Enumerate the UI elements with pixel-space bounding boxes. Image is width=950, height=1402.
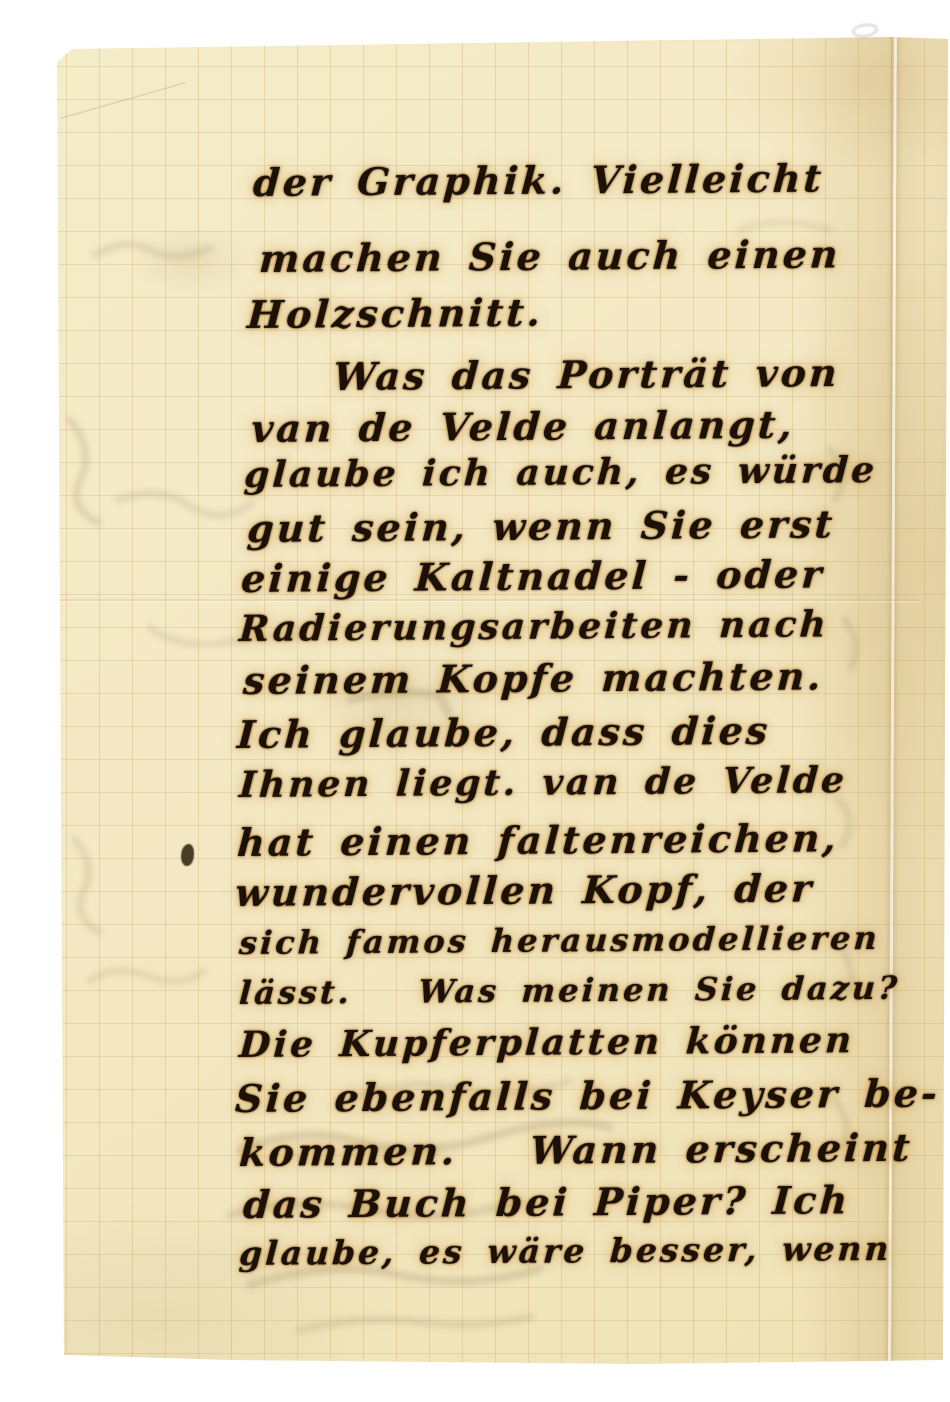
handwriting-line: Holzschnitt. [246, 290, 545, 337]
handwriting-line: der Graphik. Vielleicht [252, 155, 826, 205]
handwriting-line: wundervollen Kopf, der [234, 865, 816, 915]
handwriting-line-indented: Was das Porträt von [332, 350, 841, 399]
ink-blot [181, 844, 194, 866]
letter-scan: der Graphik. Vielleicht machen Sie auch … [0, 0, 950, 1402]
handwriting-line: kommen. Wann erscheint [238, 1125, 914, 1175]
handwriting-line: glaube ich auch, es würde [243, 449, 878, 496]
handwriting-line: sich famos herausmodellieren [238, 919, 881, 962]
handwriting-line: gut sein, wenn Sie erst [246, 501, 837, 551]
handwriting-line: einige Kaltnadel - oder [240, 551, 826, 601]
handwriting-line: hat einen faltenreichen, [236, 815, 840, 865]
paper-scratch [60, 82, 185, 119]
pencil-mark-above-paper [851, 22, 879, 38]
paper-sheet: der Graphik. Vielleicht machen Sie auch … [0, 0, 950, 1402]
handwriting-line: van de Velde anlangt, [250, 402, 796, 451]
handwriting-line: seinem Kopfe machten. [242, 653, 825, 703]
handwriting-line: Ihnen liegt. van de Velde [238, 759, 848, 806]
handwriting-line: Ich glaube, dass dies [236, 708, 772, 757]
handwriting-line: machen Sie auch einen [258, 231, 842, 281]
handwriting-line: Radierungsarbeiten nach [238, 603, 830, 650]
horizontal-fold-crease [60, 599, 920, 601]
handwriting-line: Sie ebenfalls bei Keyser be- [234, 1070, 941, 1121]
handwriting-line: glaube, es wäre besser, wenn [238, 1229, 893, 1273]
handwriting-line: das Buch bei Piper? Ich [242, 1177, 852, 1227]
handwriting-line: Die Kupferplatten können [238, 1019, 856, 1066]
handwriting-line: lässt. Was meinen Sie dazu? [238, 969, 901, 1012]
